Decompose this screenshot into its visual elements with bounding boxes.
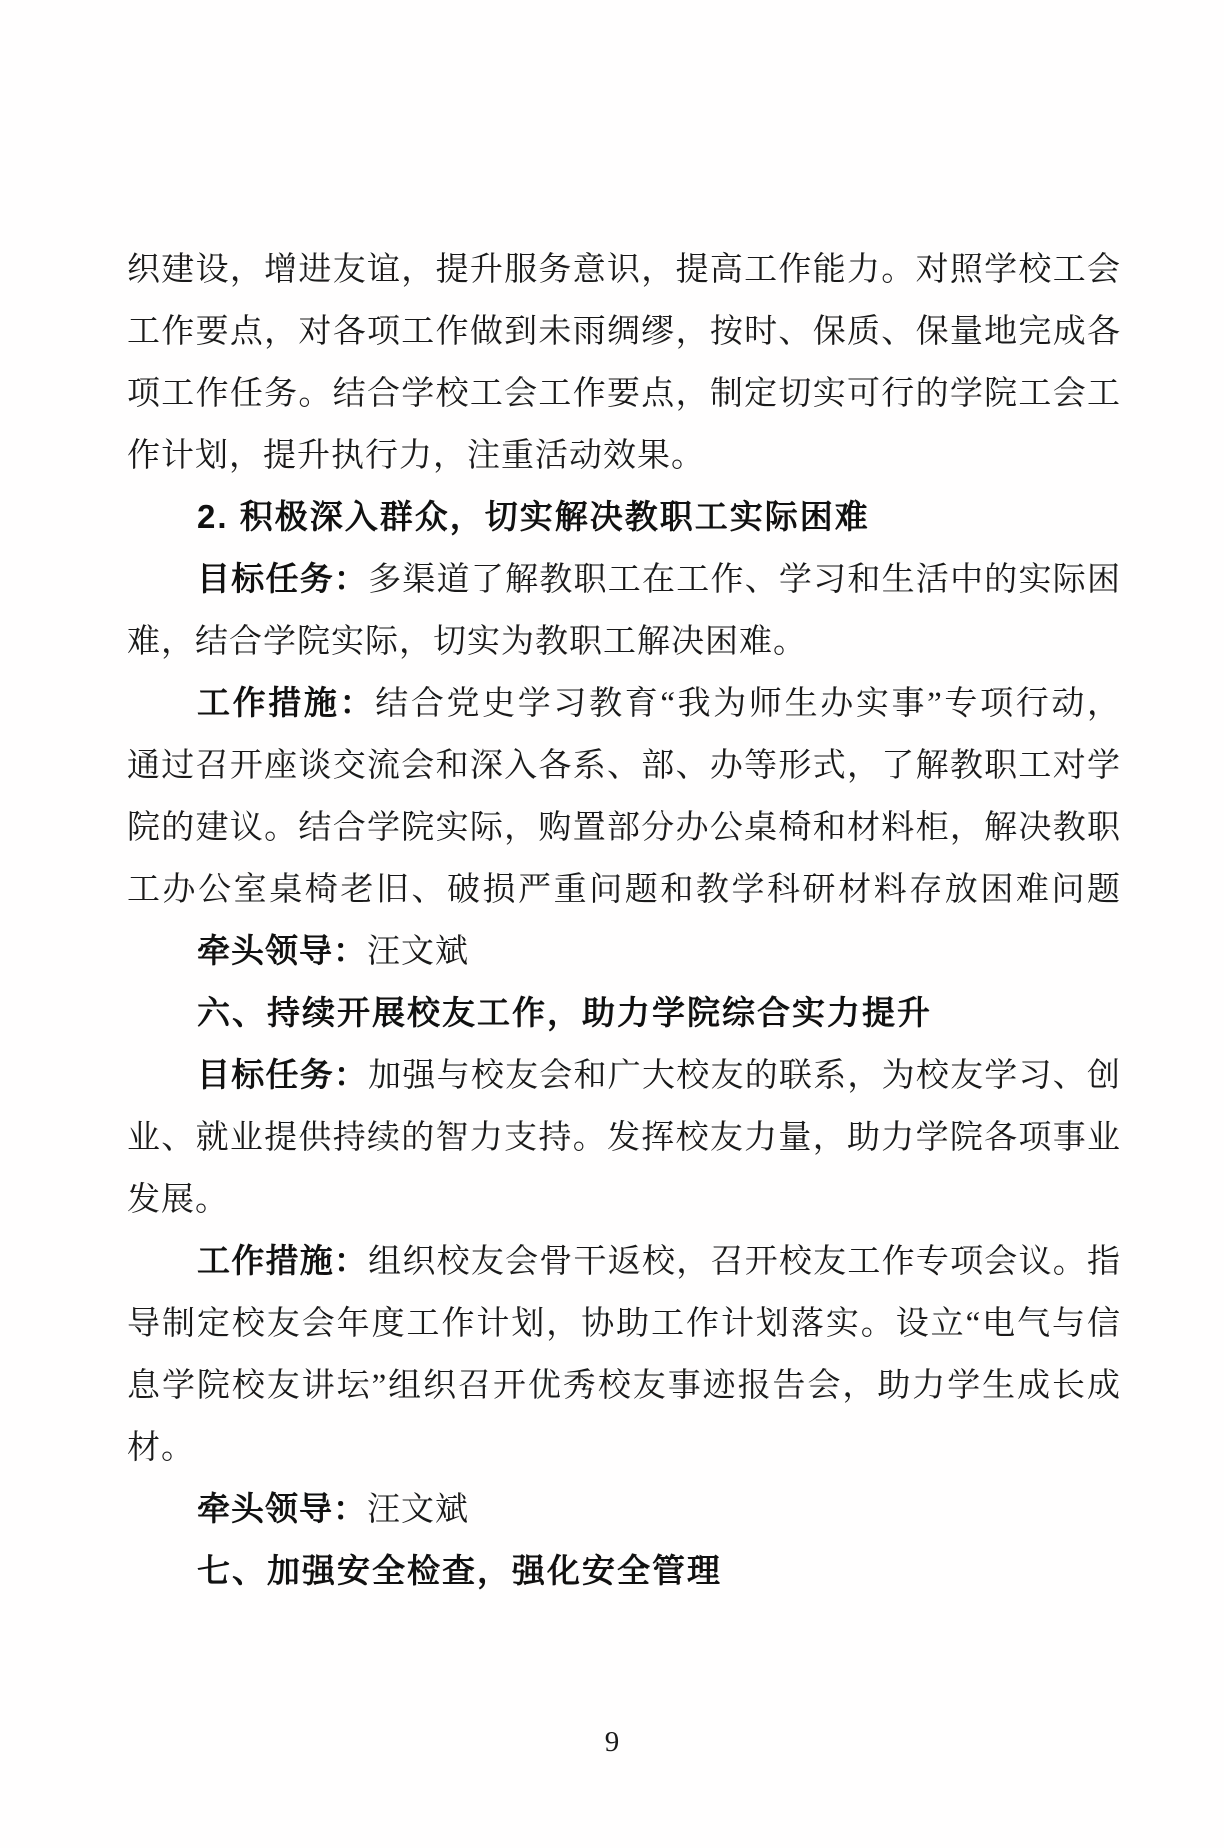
text-run: 汪文斌 (367, 934, 469, 970)
text-line: 工作措施：结合党史学习教育“我为师生办实事”专项行动， (127, 672, 1121, 734)
text-run: 结合党史学习教育“我为师生办实事”专项行动， (375, 686, 1121, 722)
text-run-bold: 目标任务： (197, 560, 368, 597)
section-heading: 六、持续开展校友工作，助力学院综合实力提升 (127, 982, 1121, 1044)
text-line: 发展。 (127, 1168, 1121, 1230)
text-run: 难，结合学院实际，切实为教职工解决困难。 (127, 624, 807, 660)
text-run-bold: 七、加强安全检查，强化安全管理 (197, 1552, 722, 1589)
text-line: 目标任务：加强与校友会和广大校友的联系，为校友学习、创 (127, 1044, 1121, 1106)
text-run-bold: 工作措施： (197, 1242, 368, 1279)
text-run-bold: 牵头领导： (197, 1490, 367, 1527)
text-run: 院的建议。结合学院实际，购置部分办公桌椅和材料柜，解决教职 (127, 810, 1121, 846)
text-line: 工办公室桌椅老旧、破损严重问题和教学科研材料存放困难问题 (127, 858, 1121, 920)
text-line: 息学院校友讲坛”组织召开优秀校友事迹报告会，助力学生成长成 (127, 1354, 1121, 1416)
text-line: 工作要点，对各项工作做到未雨绸缪，按时、保质、保量地完成各 (127, 300, 1121, 362)
text-run: 工作要点，对各项工作做到未雨绸缪，按时、保质、保量地完成各 (127, 314, 1121, 350)
text-line: 工作措施：组织校友会骨干返校，召开校友工作专项会议。指 (127, 1230, 1121, 1292)
text-run-bold: 目标任务： (197, 1056, 368, 1093)
document-page: 织建设，增进友谊，提升服务意识，提高工作能力。对照学校工会 工作要点，对各项工作… (0, 0, 1224, 1848)
text-run-bold: 2. 积极深入群众，切实解决教职工实际困难 (197, 498, 870, 535)
document-body: 织建设，增进友谊，提升服务意识，提高工作能力。对照学校工会 工作要点，对各项工作… (127, 238, 1121, 1602)
text-line: 导制定校友会年度工作计划，协助工作计划落实。设立“电气与信 (127, 1292, 1121, 1354)
text-run: 多渠道了解教职工在工作、学习和生活中的实际困 (368, 562, 1121, 598)
text-run: 材。 (127, 1430, 195, 1466)
text-line: 业、就业提供持续的智力支持。发挥校友力量，助力学院各项事业 (127, 1106, 1121, 1168)
text-run: 织建设，增进友谊，提升服务意识，提高工作能力。对照学校工会 (127, 252, 1121, 288)
text-run: 工办公室桌椅老旧、破损严重问题和教学科研材料存放困难问题 (127, 872, 1121, 908)
text-run: 导制定校友会年度工作计划，协助工作计划落实。设立“电气与信 (127, 1306, 1121, 1342)
text-run: 发展。 (127, 1182, 229, 1218)
text-run: 业、就业提供持续的智力支持。发挥校友力量，助力学院各项事业 (127, 1120, 1121, 1156)
text-run: 项工作任务。结合学校工会工作要点，制定切实可行的学院工会工 (127, 376, 1121, 412)
text-run: 汪文斌 (367, 1492, 469, 1528)
text-run: 组织校友会骨干返校，召开校友工作专项会议。指 (368, 1244, 1121, 1280)
text-line: 目标任务：多渠道了解教职工在工作、学习和生活中的实际困 (127, 548, 1121, 610)
text-line: 织建设，增进友谊，提升服务意识，提高工作能力。对照学校工会 (127, 238, 1121, 300)
text-run: 通过召开座谈交流会和深入各系、部、办等形式，了解教职工对学 (127, 748, 1121, 784)
text-run-bold: 牵头领导： (197, 932, 367, 969)
text-line: 作计划，提升执行力，注重活动效果。 (127, 424, 1121, 486)
text-line: 材。 (127, 1416, 1121, 1478)
text-line: 难，结合学院实际，切实为教职工解决困难。 (127, 610, 1121, 672)
section-heading: 七、加强安全检查，强化安全管理 (127, 1540, 1121, 1602)
text-line: 院的建议。结合学院实际，购置部分办公桌椅和材料柜，解决教职 (127, 796, 1121, 858)
text-run: 息学院校友讲坛”组织召开优秀校友事迹报告会，助力学生成长成 (127, 1368, 1121, 1404)
page-number: 9 (0, 1726, 1224, 1759)
text-run: 加强与校友会和广大校友的联系，为校友学习、创 (368, 1058, 1121, 1094)
lead-person-line: 牵头领导：汪文斌 (127, 920, 1121, 982)
lead-person-line: 牵头领导：汪文斌 (127, 1478, 1121, 1540)
text-run: 作计划，提升执行力，注重活动效果。 (127, 438, 705, 474)
text-line: 项工作任务。结合学校工会工作要点，制定切实可行的学院工会工 (127, 362, 1121, 424)
text-run-bold: 六、持续开展校友工作，助力学院综合实力提升 (197, 994, 932, 1031)
text-run-bold: 工作措施： (197, 684, 375, 721)
subsection-heading: 2. 积极深入群众，切实解决教职工实际困难 (127, 486, 1121, 548)
text-line: 通过召开座谈交流会和深入各系、部、办等形式，了解教职工对学 (127, 734, 1121, 796)
